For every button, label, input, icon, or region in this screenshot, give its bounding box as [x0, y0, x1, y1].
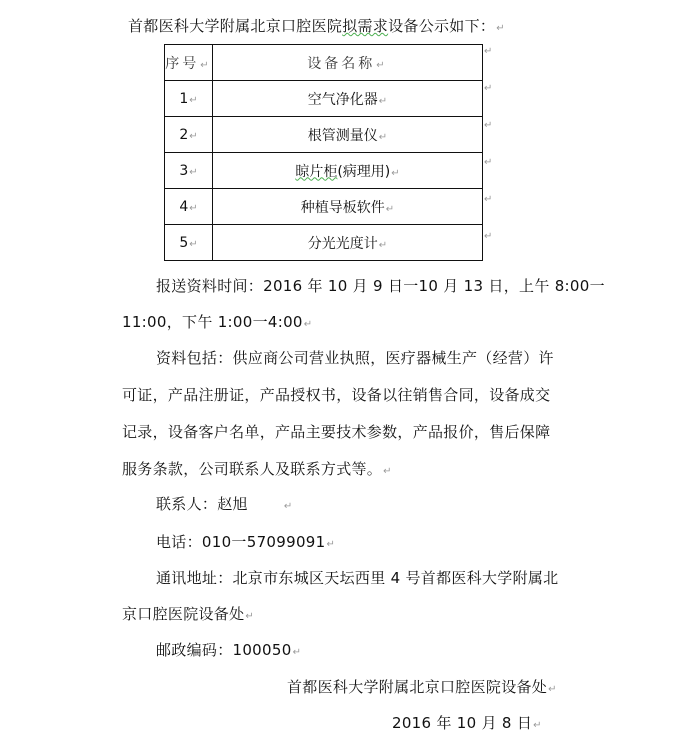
materials-line-3: 记录，设备客户名单，产品主要技术参数，产品报价，售后保障: [122, 422, 550, 442]
title-prefix: 首都医科大学附属北京口腔医院: [128, 17, 342, 35]
address-line-1: 通讯地址：北京市东城区天坛西里 4 号首都医科大学附属北: [156, 568, 558, 588]
cell-serial-no: 2↵: [165, 117, 213, 153]
table-header-row: 序号↵ 设备名称↵: [165, 45, 483, 81]
cell-serial-no: 4↵: [165, 189, 213, 225]
contact-person: 联系人：赵旭↵: [156, 494, 293, 517]
paragraph-mark-icon: ↵: [496, 23, 505, 34]
cell-equipment-name: 种植导板软件↵: [213, 189, 483, 225]
paragraph-mark-icon: ↵: [245, 611, 254, 622]
table-row: 3↵ 晾片柜(病理用)↵: [165, 153, 483, 189]
materials-line-2: 可证，产品注册证，产品授权书，设备以往销售合同，设备成交: [122, 385, 550, 405]
table-row: 2↵ 根管测量仪↵: [165, 117, 483, 153]
materials-line-4: 服务条款，公司联系人及联系方式等。↵: [122, 459, 392, 482]
table-row: 5↵ 分光光度计↵: [165, 225, 483, 261]
cell-serial-no: 5↵: [165, 225, 213, 261]
cell-serial-no: 1↵: [165, 81, 213, 117]
address-line-2: 京口腔医院设备处↵: [122, 604, 254, 627]
row-end-mark-icon: ↵: [484, 157, 492, 168]
header-serial-no: 序号↵: [165, 45, 213, 81]
row-end-mark-icon: ↵: [484, 46, 492, 57]
row-end-mark-icon: ↵: [484, 194, 492, 205]
title-suffix: 设备公示如下：: [388, 17, 495, 35]
signature-department: 首都医科大学附属北京口腔医院设备处↵: [287, 677, 557, 700]
row-end-mark-icon: ↵: [484, 120, 492, 131]
paragraph-mark-icon: ↵: [548, 684, 557, 695]
paragraph-mark-icon: ↵: [284, 501, 293, 512]
row-end-mark-icon: ↵: [484, 83, 492, 94]
submission-time-line-2: 11:00，下午 1:00一4:00↵: [122, 312, 312, 335]
notice-title: 首都医科大学附属北京口腔医院拟需求设备公示如下：↵: [128, 16, 505, 39]
cell-equipment-name: 晾片柜(病理用)↵: [213, 153, 483, 189]
paragraph-mark-icon: ↵: [533, 720, 542, 731]
paragraph-mark-icon: ↵: [293, 647, 302, 658]
row-end-mark-icon: ↵: [484, 231, 492, 242]
phone-number: 电话：010一57099091↵: [156, 532, 335, 555]
paragraph-mark-icon: ↵: [383, 466, 392, 477]
title-squiggle-text: 拟需求: [342, 17, 388, 35]
paragraph-mark-icon: ↵: [326, 539, 335, 550]
paragraph-mark-icon: ↵: [304, 319, 313, 330]
cell-serial-no: 3↵: [165, 153, 213, 189]
postcode: 邮政编码：100050↵: [156, 640, 301, 663]
submission-time-line-1: 报送资料时间：2016 年 10 月 9 日一10 月 13 日，上午 8:00…: [156, 276, 605, 296]
signature-date: 2016 年 10 月 8 日↵: [392, 713, 542, 736]
cell-equipment-name: 分光光度计↵: [213, 225, 483, 261]
cell-equipment-name: 根管测量仪↵: [213, 117, 483, 153]
table-row: 4↵ 种植导板软件↵: [165, 189, 483, 225]
table-row: 1↵ 空气净化器↵: [165, 81, 483, 117]
header-equipment-name: 设备名称↵: [213, 45, 483, 81]
materials-line-1: 资料包括：供应商公司营业执照，医疗器械生产（经营）许: [156, 348, 554, 368]
equipment-table: 序号↵ 设备名称↵ 1↵ 空气净化器↵ 2↵ 根管测量仪↵ 3↵ 晾片柜(病理用…: [164, 44, 483, 261]
cell-equipment-name: 空气净化器↵: [213, 81, 483, 117]
